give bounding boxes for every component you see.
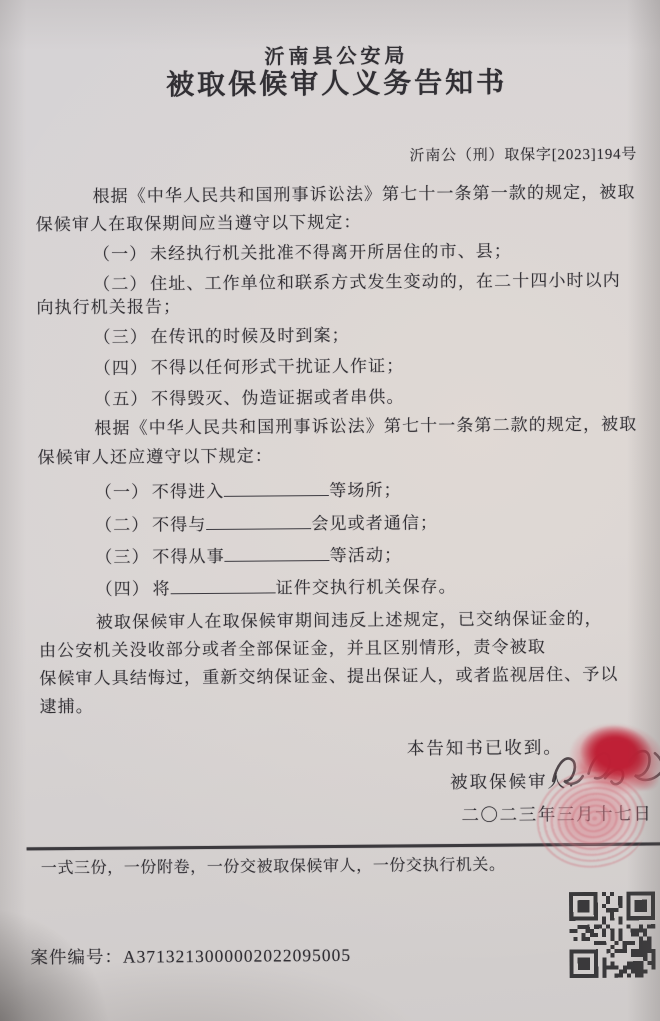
fill-in-blank bbox=[225, 544, 330, 562]
rule1-item3: （三）在传讯的时候及时到案； bbox=[94, 325, 350, 349]
handwritten-signature bbox=[544, 733, 660, 800]
case-number-line: 案件编号：A3713213000002022095005 bbox=[30, 944, 351, 969]
rule1-item4: （四）不得以任何形式干扰证人作证； bbox=[94, 355, 405, 379]
fill-in-blank bbox=[206, 512, 311, 530]
para3-line2: 由公安机关没收部分或者全部保证金，并且区别情形，责令被取 bbox=[39, 636, 546, 662]
item-text-post: 等活动； bbox=[330, 546, 403, 566]
rule1-item5: （五）不得毁灭、伪造证据或者串供。 bbox=[94, 386, 405, 410]
item-number: （二） bbox=[93, 273, 150, 295]
qr-code-icon bbox=[569, 891, 656, 978]
item-number: （四） bbox=[96, 579, 153, 601]
item-text: 住址、工作单位和联系方式发生变动的，在二十四小时以内 bbox=[150, 271, 621, 294]
signature-strokes bbox=[544, 733, 660, 800]
item-number: （三） bbox=[95, 547, 152, 569]
item-number: （二） bbox=[95, 515, 152, 537]
item-text-post: 等场所； bbox=[329, 481, 402, 501]
signature-date: 二〇二三年三月十七日 bbox=[461, 802, 652, 825]
case-number-label: 案件编号： bbox=[30, 947, 123, 968]
para2-line2: 保候审人还应遵守以下规定： bbox=[37, 445, 272, 469]
item-text-pre: 将 bbox=[153, 579, 171, 598]
para2-line1: 根据《中华人民共和国刑事诉讼法》第七十一条第二款的规定，被取 bbox=[94, 414, 637, 440]
item-text-pre: 不得进入 bbox=[152, 482, 225, 502]
copies-note: 一式三份，一份附卷，一份交被取保候审人，一份交执行机关。 bbox=[41, 855, 506, 881]
rule1-item2-cont: 向执行机关报告； bbox=[36, 296, 181, 319]
rule1-item1: （一）未经执行机关批准不得离开所居住的市、县； bbox=[93, 241, 512, 266]
para3-line3: 保候审人具结悔过，重新交纳保证金、提出保证人，或者监视居住、予以 bbox=[39, 664, 618, 691]
item-number: （一） bbox=[95, 482, 152, 504]
item-text: 未经执行机关批准不得离开所居住的市、县； bbox=[150, 242, 512, 264]
agency-name: 沂南县公安局 bbox=[0, 43, 657, 70]
document-photo: 沂南县公安局 被取保候审人义务告知书 沂南公（刑）取保字[2023]194号 根… bbox=[0, 0, 660, 1021]
rule2-item3: （三）不得从事等活动； bbox=[95, 543, 402, 569]
item-text-pre: 不得与 bbox=[152, 515, 206, 534]
fill-in-blank bbox=[224, 479, 329, 497]
notice-sheet: 沂南县公安局 被取保候审人义务告知书 沂南公（刑）取保字[2023]194号 根… bbox=[0, 0, 660, 1021]
item-text: 不得以任何形式干扰证人作证； bbox=[151, 356, 405, 377]
para3-line1: 被取保候审人在取保候审期间违反上述规定，已交纳保证金的， bbox=[96, 608, 603, 634]
item-text-post: 会见或者通信； bbox=[311, 513, 438, 533]
received-statement: 本告知书已收到。 bbox=[407, 736, 563, 759]
item-text: 在传讯的时候及时到案； bbox=[151, 326, 350, 347]
para1-line2: 保候审人在取保期间应当遵守以下规定： bbox=[36, 212, 362, 237]
rule2-item2: （二）不得与会见或者通信； bbox=[95, 511, 438, 537]
case-number-value: A3713213000002022095005 bbox=[123, 945, 351, 967]
para1-line1: 根据《中华人民共和国刑事诉讼法》第七十一条第一款的规定，被取 bbox=[92, 182, 635, 208]
fill-in-blank bbox=[171, 576, 276, 594]
item-number: （四） bbox=[94, 357, 151, 379]
item-number: （五） bbox=[94, 388, 151, 410]
item-text: 不得毁灭、伪造证据或者串供。 bbox=[151, 387, 405, 408]
rule1-item2: （二）住址、工作单位和联系方式发生变动的，在二十四小时以内 bbox=[93, 270, 621, 296]
item-number: （三） bbox=[94, 326, 151, 348]
document-title: 被取保候审人义务告知书 bbox=[0, 71, 657, 98]
para3-line4: 逮捕。 bbox=[39, 696, 93, 718]
item-text-pre: 不得从事 bbox=[152, 547, 225, 567]
rule2-item4: （四）将证件交执行机关保存。 bbox=[96, 575, 457, 601]
item-text-post: 证件交执行机关保存。 bbox=[276, 577, 457, 597]
document-number: 沂南公（刑）取保字[2023]194号 bbox=[409, 144, 637, 168]
footer-divider-line bbox=[27, 842, 660, 850]
item-number: （一） bbox=[93, 243, 150, 265]
rule2-item1: （一）不得进入等场所； bbox=[95, 478, 402, 504]
qr-code-svg bbox=[569, 891, 656, 978]
